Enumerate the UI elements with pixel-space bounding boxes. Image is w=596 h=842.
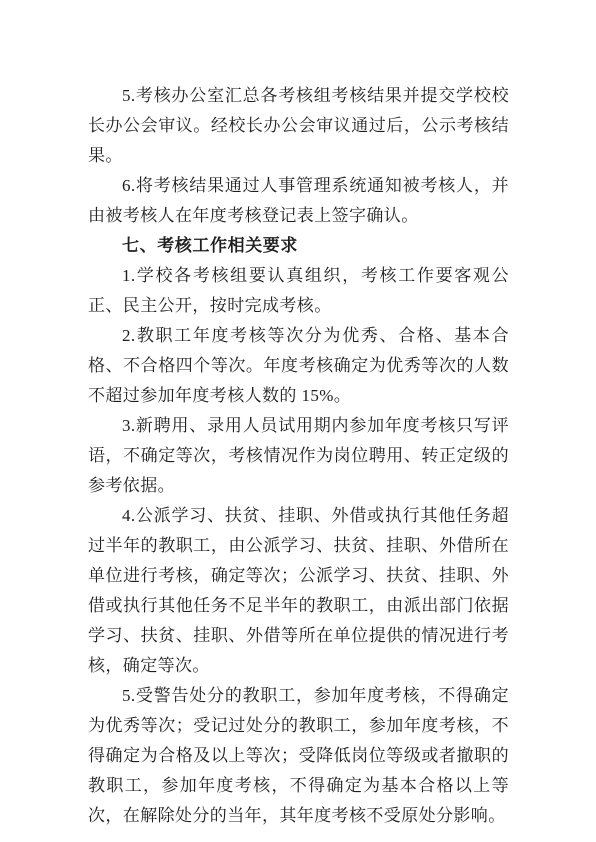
- document-page: { "page": { "background_color": "#ffffff…: [0, 0, 596, 842]
- document-body: 5.考核办公室汇总各考核组考核结果并提交学校校长办公会审议。经校长办公会审议通过…: [88, 81, 509, 831]
- paragraph-requirement-3: 3.新聘用、录用人员试用期内参加年度考核只写评语，不确定等次，考核情况作为岗位聘…: [88, 411, 509, 501]
- paragraph-requirement-2: 2.教职工年度考核等次分为优秀、合格、基本合格、不合格四个等次。年度考核确定为优…: [88, 321, 509, 411]
- paragraph-item-6: 6.将考核结果通过人事管理系统通知被考核人，并由被考核人在年度考核登记表上签字确…: [88, 171, 509, 231]
- page-sheet: 5.考核办公室汇总各考核组考核结果并提交学校校长办公会审议。经校长办公会审议通过…: [0, 0, 596, 842]
- section-heading: 七、考核工作相关要求: [88, 231, 509, 261]
- paragraph-item-5: 5.考核办公室汇总各考核组考核结果并提交学校校长办公会审议。经校长办公会审议通过…: [88, 81, 509, 171]
- paragraph-requirement-5: 5.受警告处分的教职工，参加年度考核，不得确定为优秀等次；受记过处分的教职工，参…: [88, 681, 509, 831]
- paragraph-requirement-4: 4.公派学习、扶贫、挂职、外借或执行其他任务超过半年的教职工，由公派学习、扶贫、…: [88, 501, 509, 681]
- paragraph-requirement-1: 1.学校各考核组要认真组织，考核工作要客观公正、民主公开，按时完成考核。: [88, 261, 509, 321]
